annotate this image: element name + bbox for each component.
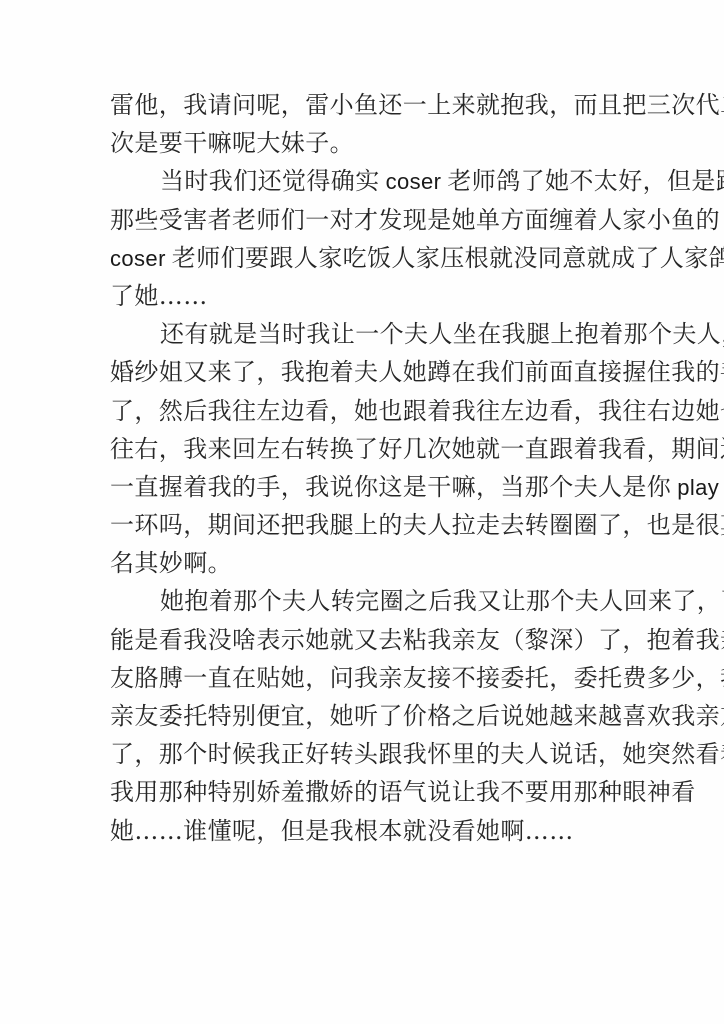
- text-line-indented: 她抱着那个夫人转完圈之后我又让那个夫人回来了，可: [110, 582, 620, 620]
- text-run: 能是看我没啥表示她就又去粘我亲友（黎深）了，抱着我亲: [110, 626, 724, 654]
- text-run: 雷他，我请问呢，雷小鱼还一上来就抱我，而且把三次代二: [110, 91, 724, 119]
- text-run: 她……谁懂呢，但是我根本就没看她啊……: [110, 817, 574, 845]
- text-run: 亲友委托特别便宜，她听了价格之后说她越来越喜欢我亲友: [110, 702, 724, 730]
- text-run: 我用那种特别娇羞撒娇的语气说让我不要用那种眼神看: [110, 778, 696, 806]
- text-line: 雷他，我请问呢，雷小鱼还一上来就抱我，而且把三次代二: [110, 86, 620, 124]
- text-run: 了，那个时候我正好转头跟我怀里的夫人说话，她突然看着: [110, 740, 724, 768]
- text-line: 次是要干嘛呢大妹子。: [110, 124, 620, 162]
- text-line: 婚纱姐又来了，我抱着夫人她蹲在我们前面直接握住我的手: [110, 353, 620, 391]
- text-run: 老师鸽了她不太好，但是跟: [447, 167, 724, 195]
- document-body: 雷他，我请问呢，雷小鱼还一上来就抱我，而且把三次代二 次是要干嘛呢大妹子。 当时…: [110, 86, 620, 850]
- text-run: 往右，我来回左右转换了好几次她就一直跟着我看，期间还: [110, 435, 724, 463]
- text-run: 婚纱姐又来了，我抱着夫人她蹲在我们前面直接握住我的手: [110, 358, 724, 386]
- text-line: 了，然后我往左边看，她也跟着我往左边看，我往右边她也: [110, 392, 620, 430]
- text-line: 我用那种特别娇羞撒娇的语气说让我不要用那种眼神看: [110, 773, 620, 811]
- text-run: 名其妙啊。: [110, 549, 232, 577]
- text-run: 次是要干嘛呢大妹子。: [110, 129, 354, 157]
- text-run: 那些受害者老师们一对才发现是她单方面缠着人家小鱼的: [110, 206, 720, 234]
- text-run: 一环吗，期间还把我腿上的夫人拉走去转圈圈了，也是很莫: [110, 511, 724, 539]
- latin-word: coser: [110, 246, 166, 271]
- latin-word: play: [677, 475, 719, 500]
- text-run: 了她……: [110, 282, 208, 310]
- text-run: 一直握着我的手，我说你这是干嘛，当那个夫人是你: [110, 473, 671, 501]
- text-line: 一环吗，期间还把我腿上的夫人拉走去转圈圈了，也是很莫: [110, 506, 620, 544]
- text-line: 那些受害者老师们一对才发现是她单方面缠着人家小鱼的: [110, 201, 620, 239]
- text-run: 她抱着那个夫人转完圈之后我又让那个夫人回来了，可: [160, 587, 724, 615]
- text-line: 能是看我没啥表示她就又去粘我亲友（黎深）了，抱着我亲: [110, 621, 620, 659]
- text-line: 名其妙啊。: [110, 544, 620, 582]
- text-line: 往右，我来回左右转换了好几次她就一直跟着我看，期间还: [110, 430, 620, 468]
- text-line: 了，那个时候我正好转头跟我怀里的夫人说话，她突然看着: [110, 735, 620, 773]
- text-line: 亲友委托特别便宜，她听了价格之后说她越来越喜欢我亲友: [110, 697, 620, 735]
- text-run: 老师们要跟人家吃饭人家压根就没同意就成了人家鸽: [172, 244, 724, 272]
- text-line: coser老师们要跟人家吃饭人家压根就没同意就成了人家鸽: [110, 239, 620, 277]
- text-run: 友胳膊一直在贴她，问我亲友接不接委托，委托费多少，我: [110, 664, 724, 692]
- latin-word: coser: [386, 169, 442, 194]
- text-line: 友胳膊一直在贴她，问我亲友接不接委托，委托费多少，我: [110, 659, 620, 697]
- text-run: 当时我们还觉得确实: [160, 167, 380, 195]
- document-page: 雷他，我请问呢，雷小鱼还一上来就抱我，而且把三次代二 次是要干嘛呢大妹子。 当时…: [0, 0, 724, 1024]
- text-run: 还有就是当时我让一个夫人坐在我腿上抱着那个夫人，: [160, 320, 724, 348]
- text-line: 她……谁懂呢，但是我根本就没看她啊……: [110, 812, 620, 850]
- text-line-indented: 还有就是当时我让一个夫人坐在我腿上抱着那个夫人，: [110, 315, 620, 353]
- text-line: 一直握着我的手，我说你这是干嘛，当那个夫人是你play的: [110, 468, 620, 506]
- text-line-indented: 当时我们还觉得确实coser老师鸽了她不太好，但是跟: [110, 162, 620, 200]
- text-line: 了她……: [110, 277, 620, 315]
- text-run: 了，然后我往左边看，她也跟着我往左边看，我往右边她也: [110, 397, 724, 425]
